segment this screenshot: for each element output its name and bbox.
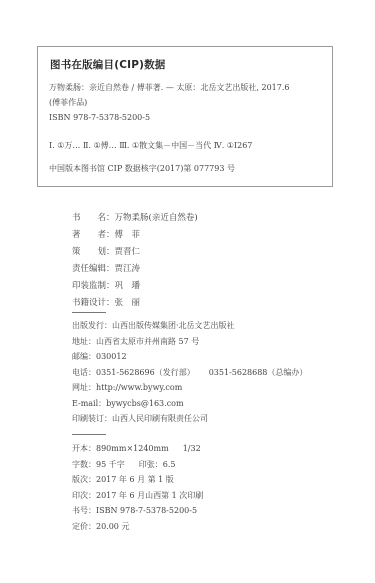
printing-line: 印次：2017 年 6 月山西第 1 次印刷	[72, 488, 203, 504]
credit-value: 贾江涛	[115, 264, 141, 274]
book-specs: 开本：890mm×1240mm1/32 字数：95 千字印张：6.5 版次：20…	[72, 441, 203, 534]
printed-sheets: 印张：6.5	[139, 460, 176, 469]
credit-value: 张 丽	[115, 298, 141, 308]
credit-row-editor: 责任编辑：贾江涛	[72, 261, 198, 278]
address-line: 地址：山西省太原市并州南路 57 号	[72, 334, 307, 350]
format-fraction: 1/32	[183, 444, 201, 453]
publisher-info: 出版发行：山西出版传媒集团·北岳文艺出版社 地址：山西省太原市并州南路 57 号…	[72, 318, 307, 427]
credit-row-title: 书 名：万物柔肠(亲近自然卷)	[72, 210, 198, 227]
credit-label: 著 者：	[72, 230, 115, 240]
credits-list: 书 名：万物柔肠(亲近自然卷) 著 者：傅 菲 策 划：贾晋仁 责任编辑：贾江涛…	[72, 210, 198, 312]
format-line: 开本：890mm×1240mm1/32	[72, 441, 203, 457]
separator-line	[72, 312, 106, 313]
cip-bibliographic-line: 万物柔肠：亲近自然卷 / 傅菲著. — 太原：北岳文艺出版社, 2017.6	[49, 82, 290, 93]
credit-label: 书籍设计：	[72, 298, 115, 308]
price-line: 定价：20.00 元	[72, 519, 203, 535]
phone-editorial: 0351-5628688（总编办）	[209, 368, 308, 377]
credit-value: 傅 菲	[115, 230, 141, 240]
cip-approval-number: 中国版本图书馆 CIP 数据核字(2017)第 077793 号	[49, 163, 235, 174]
cip-title: 图书在版编目(CIP)数据	[50, 57, 166, 72]
phone-line: 电话：0351-5628696（发行部）0351-5628688（总编办）	[72, 365, 307, 381]
printer-line: 印刷装订：山西人民印刷有限责任公司	[72, 411, 307, 427]
credit-label: 印装监制：	[72, 281, 115, 291]
separator-line	[72, 434, 106, 435]
credit-value: 万物柔肠(亲近自然卷)	[115, 213, 198, 223]
phone-distribution: 0351-5628696（发行部）	[96, 368, 195, 377]
credit-row-print-supervisor: 印装监制：巩 璠	[72, 278, 198, 295]
cip-data-box: 图书在版编目(CIP)数据 万物柔肠：亲近自然卷 / 傅菲著. — 太原：北岳文…	[37, 46, 333, 187]
cip-classification: Ⅰ. ①万… Ⅱ. ①傅… Ⅲ. ①散文集－中国－当代 Ⅳ. ①I267	[49, 140, 252, 151]
isbn-line: 书号：ISBN 978-7-5378-5200-5	[72, 503, 203, 519]
email-line: E-mail：bywycbs@163.com	[72, 396, 307, 412]
cip-series-line: (傅菲作品)	[49, 97, 87, 108]
phone-label: 电话：	[72, 368, 96, 377]
edition-line: 版次：2017 年 6 月 第 1 版	[72, 472, 203, 488]
credit-row-author: 著 者：傅 菲	[72, 227, 198, 244]
format-size: 890mm×1240mm	[96, 444, 169, 453]
postcode-line: 邮编：030012	[72, 349, 307, 365]
format-label: 开本：	[72, 444, 96, 453]
credit-label: 书 名：	[72, 213, 115, 223]
website-line: 网址：http://www.bywy.com	[72, 380, 307, 396]
credit-label: 责任编辑：	[72, 264, 115, 274]
word-count: 字数：95 千字	[72, 460, 125, 469]
credit-label: 策 划：	[72, 247, 115, 257]
cip-isbn: ISBN 978-7-5378-5200-5	[49, 113, 150, 122]
credit-row-planner: 策 划：贾晋仁	[72, 244, 198, 261]
credit-value: 巩 璠	[115, 281, 141, 291]
distribution-line: 出版发行：山西出版传媒集团·北岳文艺出版社	[72, 318, 307, 334]
credit-row-designer: 书籍设计：张 丽	[72, 295, 198, 312]
credit-value: 贾晋仁	[115, 247, 141, 257]
word-count-line: 字数：95 千字印张：6.5	[72, 457, 203, 473]
